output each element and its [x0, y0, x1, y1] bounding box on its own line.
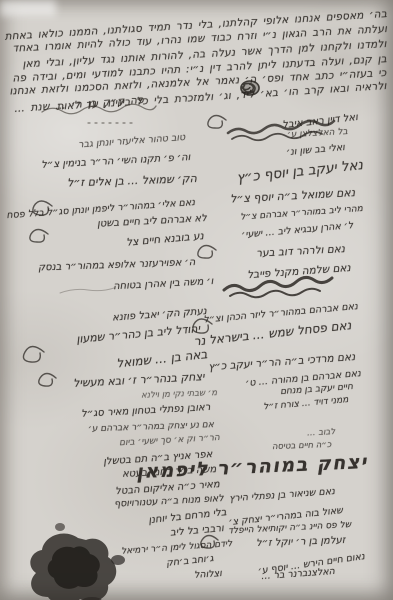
signature-entry: יצחק בנהר״ר ז׳ ובא מעשיל — [72, 370, 204, 390]
signature-entry: ו׳ משה בין אהרן בטוחה — [112, 276, 213, 292]
signature-entry: הק׳ שמואל … בן אלים ז״ל — [67, 172, 197, 190]
signature-entry: אם נע יצחק במהר״ר אברהם ע׳ — [88, 420, 214, 434]
signature-entry: כ״ה חיים בטיסה — [272, 440, 332, 452]
signature-entry: נאל יעקב בן יוסף כ״ץ — [236, 157, 364, 186]
signature-entry: נאם שלמה מקנל פייבל — [247, 262, 351, 281]
signature-entry: ממני דויד … צורח ז״ל — [263, 395, 349, 412]
signature-entry: נאם שניאור בן נפתלי הירץ — [229, 486, 335, 504]
signature-entry: ראובן נפתלי בטחון מאיר סג״ל — [81, 402, 211, 420]
ink-blot — [30, 523, 125, 600]
signature-entry: לבוב … — [307, 427, 336, 438]
signature-entry: הר״ר וק א׳ סך ישעי׳ ביום — [119, 433, 220, 448]
signature-entry: ואלי בב שון ונ׳ — [286, 142, 346, 158]
signature-entry: לא אברהם ליב חיים בשטן — [97, 213, 207, 230]
page-corner-highlight — [0, 0, 56, 16]
strikethrough-scribble — [224, 277, 332, 297]
signature-entry: לידם הסגול לימן ה״ר ירמיאל — [121, 539, 233, 557]
signature-entry-crossed-out: בל האלצלצן ע׳ — [287, 127, 348, 140]
signature-entry: ל׳ אהרן עבגיא ליב … ישעי׳ — [241, 220, 354, 241]
signature-entry: ורבבי בל ליב — [170, 523, 224, 539]
header-line: פה ק״ק בן ר׳ … שנת … — [14, 94, 144, 115]
signature-entry: מ׳ שבתי נקי מן וילנא — [141, 388, 217, 401]
signature-entry: וה׳ פ׳ תקנו השי׳ הר״ר בנימין צ״ל — [41, 152, 191, 171]
signature-entry: ה׳ אפוירעזנר אלופא במהור״ר בנסק — [38, 257, 196, 273]
signature-entry: טוב טהור אליעזר יונתן גבר — [78, 132, 186, 150]
signature-entry: נאם שמואל ב״ה יוסף צ״ל — [230, 186, 356, 206]
signature-entry: זעלמן בן ר׳ יוקל ז״ל — [256, 535, 346, 549]
signature-entry: ג׳וחב ב׳חק — [166, 553, 214, 569]
signature-entry: יהודל ליב בן כהר״ר שמעון — [76, 322, 201, 346]
signature-entry: באה בן … שמואל — [116, 347, 208, 370]
signature-entry: נעתק הק׳ יאבל פוזנא — [112, 306, 207, 324]
signature-entry: נע בובנא חיים צל — [126, 230, 205, 249]
signature-entry: נאם ולרהר דוב בער — [256, 243, 345, 260]
signature-entry: וצלוהל — [194, 568, 223, 581]
manuscript-page: בה׳ מאספים אנחנו אלופי קהלתנו, בלי נדר ת… — [0, 0, 393, 600]
